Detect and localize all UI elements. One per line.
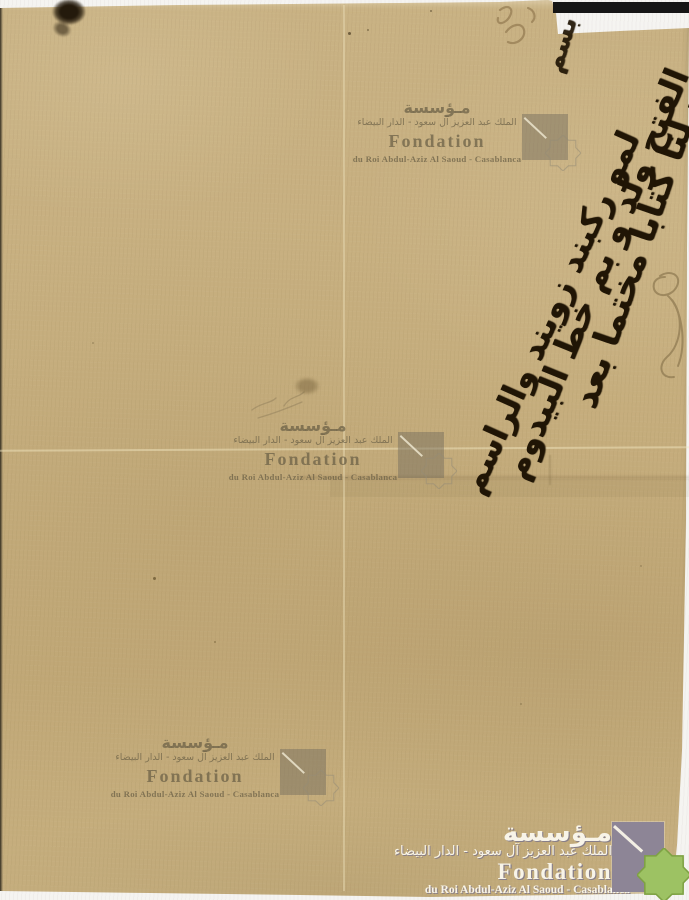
logo-arabic-title: مـؤسسة	[503, 820, 612, 846]
foundation-logo: مـؤسسة الملك عبد العزيز آل سعود - الدار …	[420, 808, 689, 900]
eight-point-star-icon	[421, 453, 457, 489]
paper-speck	[92, 342, 94, 344]
eight-point-star-icon	[637, 848, 689, 900]
logo-square-emblem	[612, 822, 664, 892]
eight-point-star-icon	[545, 135, 581, 171]
watermark-square-emblem	[280, 749, 326, 795]
ink-blot-stain	[46, 0, 92, 35]
logo-latin-subtitle: du Roi Abdul-Aziz Al Saoud - Casablanca	[425, 885, 630, 897]
watermark-latin-title: Fondation	[110, 767, 280, 786]
watermark-bottom-left: مـؤسسة الملك عبد العزيز آل سعود - الدار …	[110, 735, 280, 800]
watermark-latin-title: Fondation	[352, 132, 522, 151]
watermark-top: مـؤسسة الملك عبد العزيز آل سعود - الدار …	[352, 100, 522, 165]
watermark-arabic-subtitle: الملك عبد العزيز آل سعود - الدار البيضاء	[228, 434, 398, 447]
watermark-arabic-title: مـؤسسة	[228, 418, 398, 433]
paper-speck	[430, 10, 432, 12]
paper-speck	[153, 577, 156, 580]
watermark-diagonal-line	[524, 117, 547, 139]
watermark-square-emblem	[398, 432, 444, 478]
eight-point-star-icon	[303, 770, 339, 806]
watermark-square-emblem	[522, 114, 568, 160]
paper-speck	[640, 565, 642, 567]
paper-left-edge-shadow	[0, 8, 3, 891]
logo-latin-title: Fondation	[498, 859, 612, 884]
logo-arabic-subtitle: الملك عبد العزيز آل سعود - الدار البيضاء	[394, 845, 612, 858]
document-scan: مـؤسسة الملك عبد العزيز آل سعود - الدار …	[0, 0, 689, 900]
watermark-diagonal-line	[400, 435, 423, 457]
watermark-middle: مـؤسسة الملك عبد العزيز آل سعود - الدار …	[228, 418, 398, 483]
paper-speck	[367, 29, 369, 31]
watermark-latin-title: Fondation	[228, 450, 398, 469]
paper-speck	[520, 703, 522, 705]
watermark-diagonal-line	[282, 752, 305, 774]
paper-speck	[348, 32, 351, 35]
paper-speck	[214, 641, 216, 643]
watermark-arabic-subtitle: الملك عبد العزيز آل سعود - الدار البيضاء	[110, 751, 280, 764]
watermark-arabic-title: مـؤسسة	[352, 100, 522, 115]
watermark-arabic-subtitle: الملك عبد العزيز آل سعود - الدار البيضاء	[352, 116, 522, 129]
watermark-latin-subtitle: du Roi Abdul-Aziz Al Saoud - Casablanca	[110, 788, 280, 800]
watermark-arabic-title: مـؤسسة	[110, 735, 280, 750]
watermark-latin-subtitle: du Roi Abdul-Aziz Al Saoud - Casablanca	[352, 153, 522, 165]
watermark-latin-subtitle: du Roi Abdul-Aziz Al Saoud - Casablanca	[228, 471, 398, 483]
scanner-black-bar	[553, 2, 689, 13]
ink-smudge	[294, 377, 320, 395]
